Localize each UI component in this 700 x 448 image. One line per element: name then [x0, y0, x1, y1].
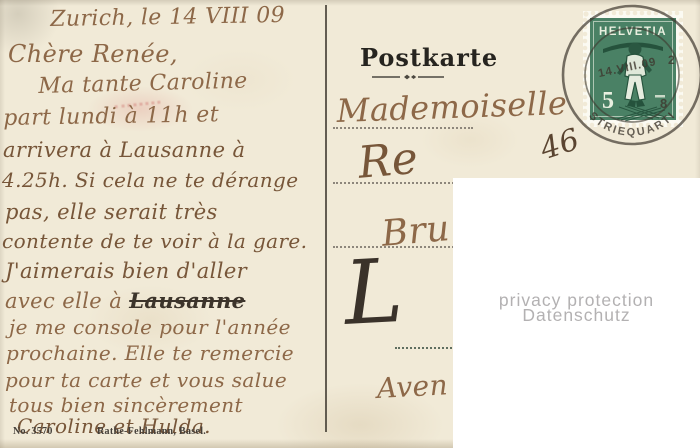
privacy-protection-overlay: privacy protection Datenschutz — [453, 178, 700, 448]
address-line-large-initial: L — [342, 247, 405, 338]
message-emphasized-word: Lausanne — [129, 288, 245, 313]
message-line: arrivera à Lausanne à — [3, 138, 245, 162]
postmark-arc-text: STRIEQUARTI — [586, 109, 678, 139]
postmark: STRIEQUARTI 14.VIII.09 2 8 — [548, 0, 700, 152]
message-line: Ma tante Caroline — [38, 69, 248, 99]
message-line: 4.25h. Si cela ne te dérange — [2, 168, 298, 192]
message-line: prochaine. Elle te remercie — [6, 341, 294, 365]
title-ornament — [372, 73, 444, 81]
postkarte-title: Postkarte — [360, 43, 498, 72]
postmark-digit-bottom: 8 — [660, 96, 667, 111]
message-line: part lundi à 11h et — [3, 102, 219, 131]
message-line: je me console pour l'année — [9, 315, 291, 339]
privacy-text-de: Datenschutz — [522, 308, 630, 323]
address-divider-line — [325, 5, 327, 432]
address-rule-4 — [395, 347, 452, 349]
message-line: avec elle à Lausanne — [5, 288, 245, 313]
publisher-name: Rathe-Fehlmann, Basel. — [97, 426, 206, 437]
message-line: pour ta carte et vous salue — [5, 368, 287, 392]
message-line-salutation: Chère Renée, — [8, 40, 178, 68]
postmark-date: 14.VIII.09 — [597, 56, 657, 80]
address-line-name-fragment: Re — [356, 133, 420, 189]
address-line-street-fragment: Aven — [376, 368, 449, 405]
svg-text:STRIEQUARTI: STRIEQUARTI — [586, 109, 678, 139]
card-number: No. 3570 — [13, 426, 53, 437]
message-line-date: Zurich, le 14 VIII 09 — [50, 3, 285, 32]
address-line-mademoiselle: Mademoiselle — [336, 84, 568, 130]
postcard-back: Zurich, le 14 VIII 09 Chère Renée, Ma ta… — [0, 0, 700, 448]
message-line: contente de te voir à la gare. — [2, 229, 307, 253]
postmark-digit-right: 2 — [668, 53, 675, 67]
message-line: pas, elle serait très — [5, 200, 218, 224]
message-line-prefix: avec elle à — [5, 289, 129, 313]
message-line: J'aimerais bien d'aller — [5, 259, 247, 283]
